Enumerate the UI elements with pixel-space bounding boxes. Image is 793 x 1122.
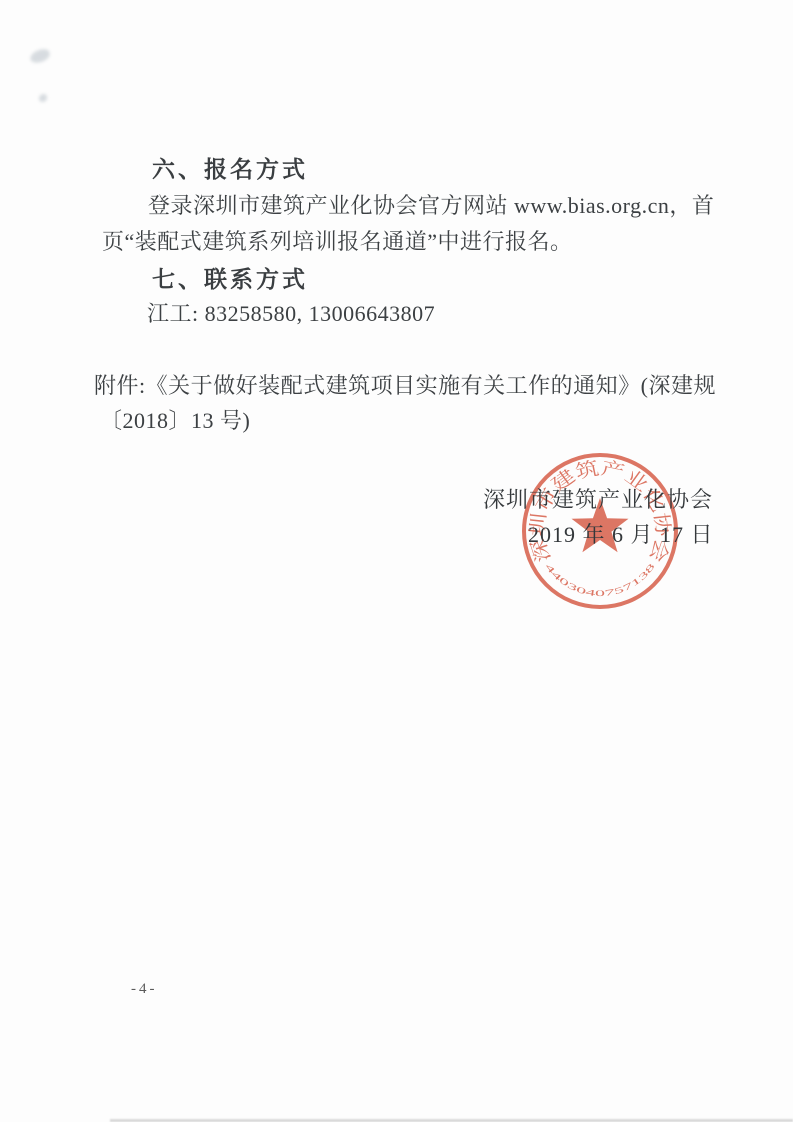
signature-date: 2019 年 6 月 17 日: [528, 518, 714, 549]
section-six-body-line-1: 登录深圳市建筑产业化协会官方网站 www.bias.org.cn，首: [148, 189, 714, 220]
seal-code-text: 4403040757138: [543, 561, 656, 598]
page-number: -4-: [131, 981, 158, 998]
scan-smudge: [39, 94, 47, 102]
section-seven-heading: 七、联系方式: [152, 261, 308, 294]
document-page: 六、报名方式 登录深圳市建筑产业化协会官方网站 www.bias.org.cn，…: [0, 0, 793, 1122]
contact-line: 江工: 83258580, 13006643807: [147, 297, 435, 328]
signature-organization: 深圳市建筑产业化协会: [483, 483, 713, 514]
attachment-line-2: 〔2018〕13 号): [100, 404, 250, 435]
attachment-line-1: 附件:《关于做好装配式建筑项目实施有关工作的通知》(深建规: [94, 369, 716, 400]
section-six-heading: 六、报名方式: [152, 151, 308, 184]
section-six-body-line-2: 页“装配式建筑系列培训报名通道”中进行报名。: [102, 225, 573, 256]
scan-smudge: [29, 48, 51, 65]
